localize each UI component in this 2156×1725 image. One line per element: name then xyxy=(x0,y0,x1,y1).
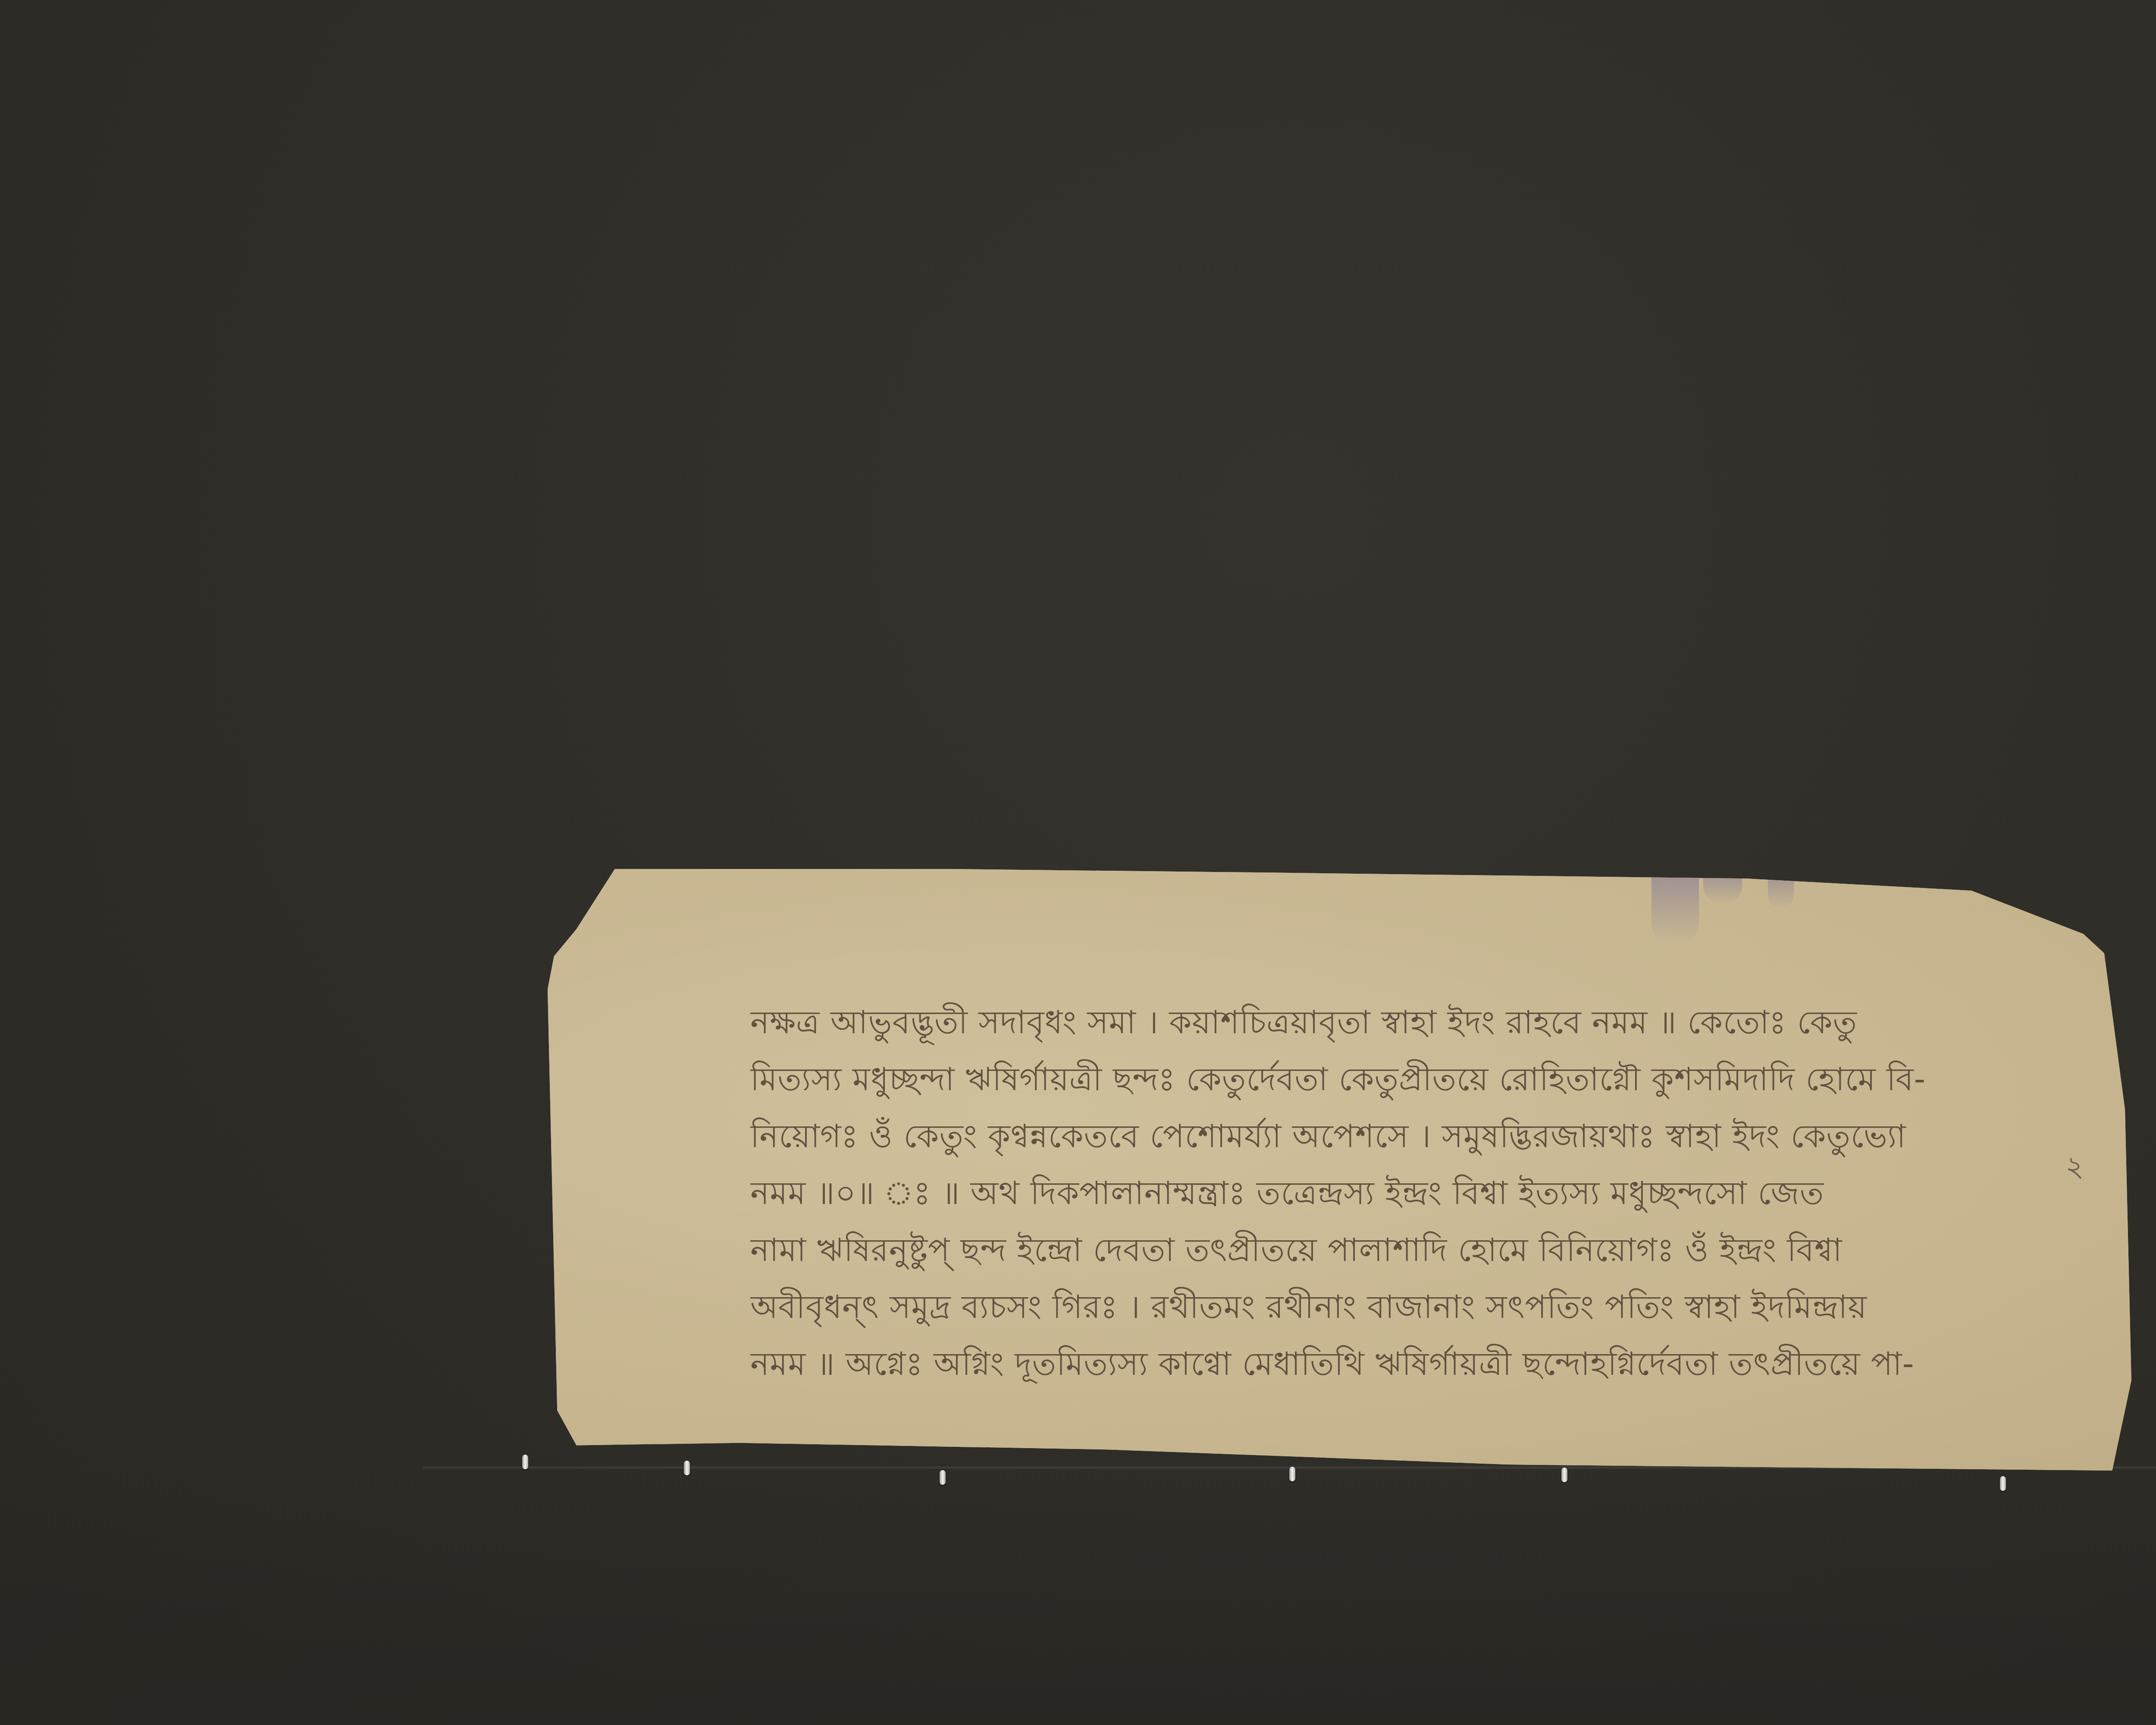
pin-icon xyxy=(684,1461,690,1475)
manuscript-text: নক্ষত্র আভুবদ্ভূতী সদাবৃধং সমা । কয়াশচি… xyxy=(750,994,2109,1393)
manuscript-line-1: নক্ষত্র আভুবদ্ভূতী সদাবৃধং সমা । কয়াশচি… xyxy=(750,994,2109,1051)
manuscript-line-2: মিত্যস্য মধুচ্ছন্দা ঋষির্গায়ত্রী ছন্দঃ … xyxy=(750,1051,2109,1108)
pin-icon xyxy=(940,1470,946,1485)
purple-ink-stain xyxy=(1651,869,1699,942)
pin-icon xyxy=(2000,1476,2006,1491)
pin-icon xyxy=(1561,1468,1567,1482)
manuscript-line-5: নামা ঋষিরনুষ্টুপ্ ছন্দ ইন্দ্রো দেবতা তৎপ… xyxy=(750,1222,2109,1279)
manuscript-leaf: নক্ষত্র আভুবদ্ভূতী সদাবৃধং সমা । কয়াশচি… xyxy=(548,869,2147,1471)
display-board-lower xyxy=(0,1466,2156,1725)
pin-icon xyxy=(522,1455,528,1469)
page-number: ২ xyxy=(2065,1145,2084,1192)
manuscript-line-4: নমম ॥০॥ ঃ ॥ অথ দিকপালানাম্মন্ত্রাঃ তত্রে… xyxy=(750,1165,2109,1222)
pin-icon xyxy=(1289,1467,1295,1481)
manuscript-line-3: নিয়োগঃ ওঁ কেতুং কৃণ্বন্নকেতবে পেশোমর্য্… xyxy=(750,1108,2109,1165)
purple-ink-stain xyxy=(1703,869,1742,903)
manuscript-line-6: অবীবৃধন্ৎ সমুদ্র ব্যচসং গিরঃ । রথীতমং রথ… xyxy=(750,1279,2109,1336)
purple-ink-stain xyxy=(1768,869,1794,908)
manuscript-line-7: নমম ॥ অগ্নেঃ অগ্নিং দূতমিত্যস্য কাণ্বো ম… xyxy=(750,1336,2109,1393)
